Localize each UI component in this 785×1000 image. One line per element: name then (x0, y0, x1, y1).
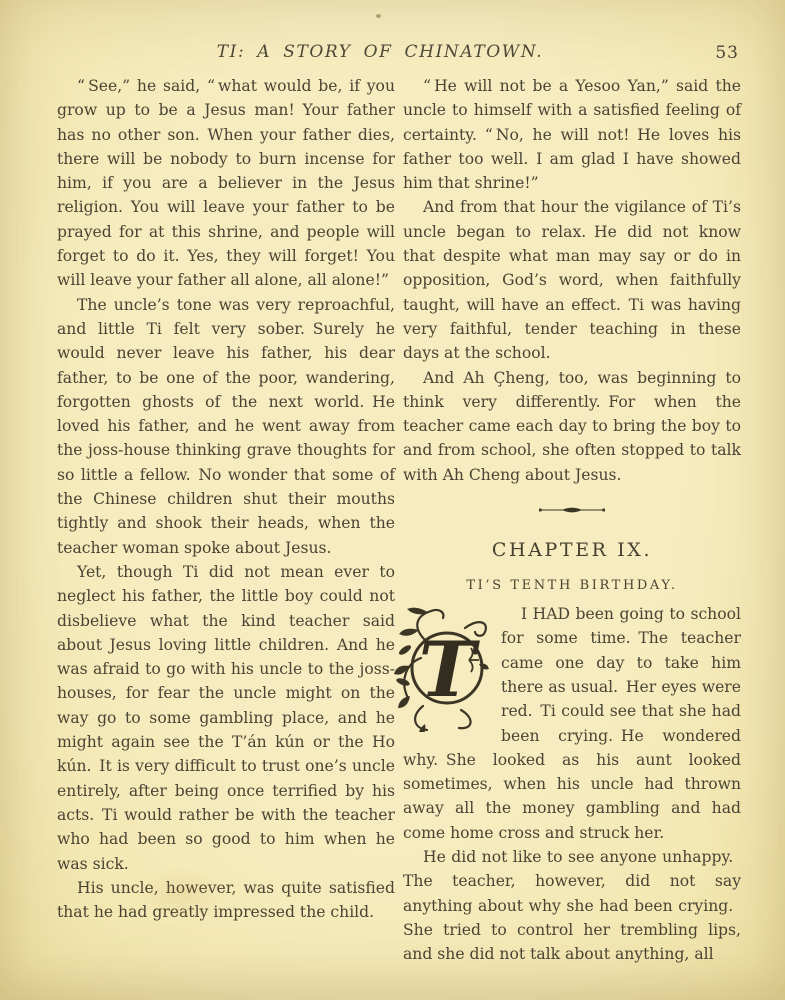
page-header: TI: A STORY OF CHINATOWN. 53 (0, 42, 785, 66)
paragraph: He did not like to see anyone unhappy. T… (403, 845, 741, 966)
left-column: “ See,” he said, “ what would be, if you… (57, 74, 395, 967)
scan-speck (376, 14, 381, 18)
page-number: 53 (715, 43, 739, 63)
paragraph: Yet, though Ti did not mean ever to negl… (57, 560, 395, 876)
book-page-scan: TI: A STORY OF CHINATOWN. 53 “ See,” he … (0, 0, 785, 1000)
chapter-heading: CHAPTER IX. (403, 539, 741, 561)
paragraph: And from that hour the vigilance of Ti’s… (403, 195, 741, 365)
text-columns: “ See,” he said, “ what would be, if you… (57, 74, 741, 967)
right-column: “ He will not be a Yesoo Yan,” said the … (403, 74, 741, 967)
paragraph: “ He will not be a Yesoo Yan,” said the … (403, 74, 741, 195)
section-divider-ornament (539, 505, 605, 515)
paragraph: “ See,” he said, “ what would be, if you… (57, 74, 395, 293)
chapter-subheading: TI’S TENTH BIRTHDAY. (403, 578, 741, 593)
paragraph: The uncle’s tone was very reproachful, a… (57, 293, 395, 560)
paragraph: T I HAD been going to school for some ti… (403, 602, 741, 845)
running-title: TI: A STORY OF CHINATOWN. (217, 42, 544, 62)
paragraph: And Ah Çheng, too, was beginning to thin… (403, 366, 741, 487)
paper-stain (138, 866, 228, 922)
ornate-initial-T: T (393, 606, 493, 732)
